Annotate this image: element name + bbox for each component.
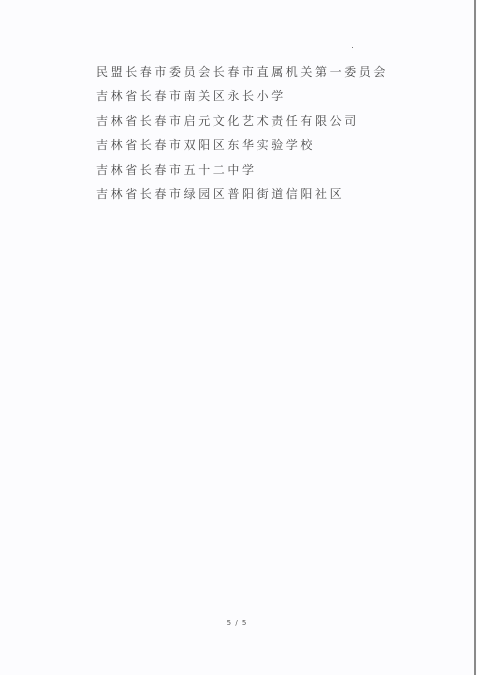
organization-line: 民盟长春市委员会长春市直属机关第一委员会 <box>96 60 388 84</box>
organization-line: 吉林省长春市南关区永长小学 <box>96 84 388 108</box>
organization-line: 吉林省长春市绿园区普阳街道信阳社区 <box>96 182 388 206</box>
document-page: 民盟长春市委员会长春市直属机关第一委员会 吉林省长春市南关区永长小学 吉林省长春… <box>0 0 476 675</box>
organization-line: 吉林省长春市双阳区东华实验学校 <box>96 133 388 157</box>
organization-line: 吉林省长春市启元文化艺术责任有限公司 <box>96 109 388 133</box>
scan-speck <box>352 47 353 48</box>
organization-list: 民盟长春市委员会长春市直属机关第一委员会 吉林省长春市南关区永长小学 吉林省长春… <box>96 60 388 206</box>
organization-line: 吉林省长春市五十二中学 <box>96 158 388 182</box>
page-number: 5 / 5 <box>0 619 474 627</box>
